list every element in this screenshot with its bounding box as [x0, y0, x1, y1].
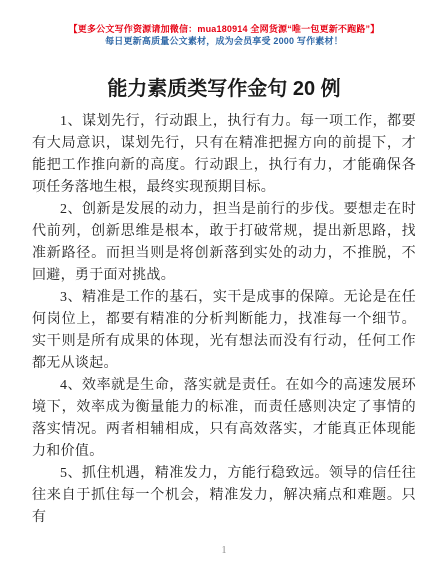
page-footer: 1 — [0, 540, 448, 558]
paragraph-5: 5、抓住机遇，精准发力，方能行稳致远。领导的信任往往来自于抓住每一个机会，精准发… — [32, 463, 416, 529]
document-page: 【更多公文写作资源请加微信：mua180914 全网货源“唯一包更新不跑路”】 … — [0, 0, 448, 580]
paragraph-2: 2、创新是发展的动力，担当是前行的步伐。要想走在时代前列，创新思维是根本，敢于打… — [32, 199, 416, 287]
header-promo-line-2: 每日更新高质量公文素材，成为会员享受 2000 写作素材！ — [0, 35, 448, 47]
page-number: 1 — [222, 545, 227, 556]
paragraph-3: 3、精准是工作的基石，实干是成事的保障。无论是在任何岗位上，都要有精准的分析判断… — [32, 287, 416, 375]
paragraph-4: 4、效率就是生命，落实就是责任。在如今的高速发展环境下，效率成为衡量能力的标准，… — [32, 375, 416, 463]
header-promo-line-1: 【更多公文写作资源请加微信：mua180914 全网货源“唯一包更新不跑路”】 — [0, 23, 448, 35]
page-header: 【更多公文写作资源请加微信：mua180914 全网货源“唯一包更新不跑路”】 … — [0, 0, 448, 47]
paragraph-1: 1、谋划先行，行动跟上，执行有力。每一项工作，都要有大局意识，谋划先行，只有在精… — [32, 111, 416, 199]
document-title: 能力素质类写作金句 20 例 — [32, 76, 416, 102]
document-body: 1、谋划先行，行动跟上，执行有力。每一项工作，都要有大局意识，谋划先行，只有在精… — [32, 111, 416, 529]
